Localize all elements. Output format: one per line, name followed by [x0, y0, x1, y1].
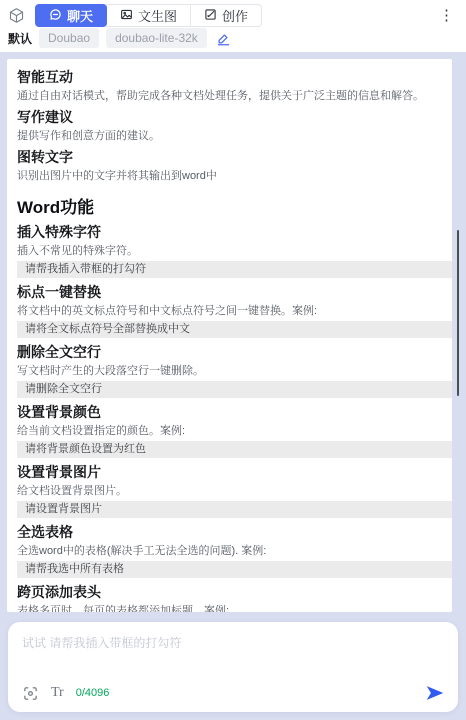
section-title: 写作建议	[17, 107, 452, 127]
chat-bubble-icon	[49, 8, 62, 24]
feature-sections: 插入特殊字符 插入不常见的特殊字符。 请帮我插入带框的打勾符 标点一键替换 将文…	[17, 222, 452, 612]
tab-chat-label: 聊天	[67, 6, 93, 25]
tab-text2image[interactable]: 文生图	[106, 4, 191, 27]
feature-desc: 写文档时产生的大段落空行一键删除。	[17, 364, 452, 378]
feature-desc: 给当前文档设置指定的颜色。案例:	[17, 424, 452, 438]
char-counter: 0/4096	[76, 687, 110, 699]
feature-desc: 给文档设置背景图片。	[17, 484, 452, 498]
text-style-icon[interactable]: Tr	[51, 686, 64, 700]
model-bar: 默认 Doubao doubao-lite-32k	[0, 29, 466, 52]
model-chip-doubao[interactable]: Doubao	[39, 28, 99, 48]
example-prompt[interactable]: 请设置背景图片	[17, 501, 452, 518]
intro-sections: 智能互动 通过自由对话模式，帮助完成各种文档处理任务，提供关于广泛主题的信息和解…	[17, 67, 452, 183]
feature-section: 标点一键替换 将文档中的英文标点符号和中文标点符号之间一键替换。案例: 请将全文…	[17, 282, 452, 338]
cube-icon[interactable]	[8, 7, 25, 24]
chat-content-area: 智能互动 通过自由对话模式，帮助完成各种文档处理任务，提供关于广泛主题的信息和解…	[0, 52, 466, 618]
feature-desc: 插入不常见的特殊字符。	[17, 244, 452, 258]
section-desc: 通过自由对话模式，帮助完成各种文档处理任务，提供关于广泛主题的信息和解答。	[17, 89, 452, 103]
feature-title: 设置背景颜色	[17, 402, 452, 422]
feature-section: 插入特殊字符 插入不常见的特殊字符。 请帮我插入带框的打勾符	[17, 222, 452, 278]
feature-title: 全选表格	[17, 522, 452, 542]
tab-create[interactable]: 创作	[190, 4, 262, 27]
feature-section: 跨页添加表头 表格多页时，每页的表格都添加标题，案例:	[17, 582, 452, 612]
feature-section: 删除全文空行 写文档时产生的大段落空行一键删除。 请删除全文空行	[17, 342, 452, 398]
feature-title: 标点一键替换	[17, 282, 452, 302]
tab-chat[interactable]: 聊天	[35, 4, 107, 27]
screenshot-icon[interactable]	[22, 685, 39, 702]
composer-area: Tr 0/4096	[0, 618, 466, 720]
top-bar: 聊天 文生图 创作	[0, 0, 466, 29]
feature-desc: 将文档中的英文标点符号和中文标点符号之间一键替换。案例:	[17, 304, 452, 318]
tab-text2image-label: 文生图	[138, 6, 177, 25]
scrollbar-thumb[interactable]	[457, 230, 459, 396]
feature-title: 插入特殊字符	[17, 222, 452, 242]
compose-icon	[204, 8, 217, 24]
tab-create-label: 创作	[222, 6, 248, 25]
image-icon	[120, 8, 133, 24]
composer-card: Tr 0/4096	[8, 622, 458, 712]
section-title: 智能互动	[17, 67, 452, 87]
example-prompt[interactable]: 请将全文标点符号全部替换成中文	[17, 321, 452, 338]
doc-section: 智能互动 通过自由对话模式，帮助完成各种文档处理任务，提供关于广泛主题的信息和解…	[17, 67, 452, 103]
example-prompt[interactable]: 请删除全文空行	[17, 381, 452, 398]
message-input[interactable]	[8, 622, 458, 674]
example-prompt[interactable]: 请帮我插入带框的打勾符	[17, 261, 452, 278]
feature-section: 全选表格 全选word中的表格(解决手工无法全选的问题). 案例: 请帮我选中所…	[17, 522, 452, 578]
section-desc: 提供写作和创意方面的建议。	[17, 129, 452, 143]
model-preset-default[interactable]: 默认	[8, 30, 32, 47]
feature-title: 跨页添加表头	[17, 582, 452, 602]
feature-section: 设置背景图片 给文档设置背景图片。 请设置背景图片	[17, 462, 452, 518]
kebab-menu-icon[interactable]: ⋮	[435, 6, 458, 25]
feature-section: 设置背景颜色 给当前文档设置指定的颜色。案例: 请将背景颜色设置为红色	[17, 402, 452, 458]
composer-controls: Tr 0/4096	[22, 682, 446, 704]
mode-tabs: 聊天 文生图 创作	[35, 4, 262, 27]
doc-section: 写作建议 提供写作和创意方面的建议。	[17, 107, 452, 143]
feature-title: 删除全文空行	[17, 342, 452, 362]
section-title: 图转文字	[17, 147, 452, 167]
feature-desc: 全选word中的表格(解决手工无法全选的问题). 案例:	[17, 544, 452, 558]
send-icon[interactable]	[424, 682, 446, 704]
example-prompt[interactable]: 请帮我选中所有表格	[17, 561, 452, 578]
section-desc: 识别出图片中的文字并将其输出到word中	[17, 169, 452, 183]
doc-section: 图转文字 识别出图片中的文字并将其输出到word中	[17, 147, 452, 183]
model-chip-doubao-lite-32k[interactable]: doubao-lite-32k	[106, 28, 207, 48]
feature-title: 设置背景图片	[17, 462, 452, 482]
example-prompt[interactable]: 请将背景颜色设置为红色	[17, 441, 452, 458]
feature-desc: 表格多页时，每页的表格都添加标题，案例:	[17, 604, 452, 612]
edit-pencil-icon[interactable]	[214, 31, 233, 46]
doc-heading: Word功能	[17, 193, 452, 218]
doubao-app-window: 聊天 文生图 创作	[0, 0, 466, 720]
message-card: 智能互动 通过自由对话模式，帮助完成各种文档处理任务，提供关于广泛主题的信息和解…	[7, 59, 452, 612]
